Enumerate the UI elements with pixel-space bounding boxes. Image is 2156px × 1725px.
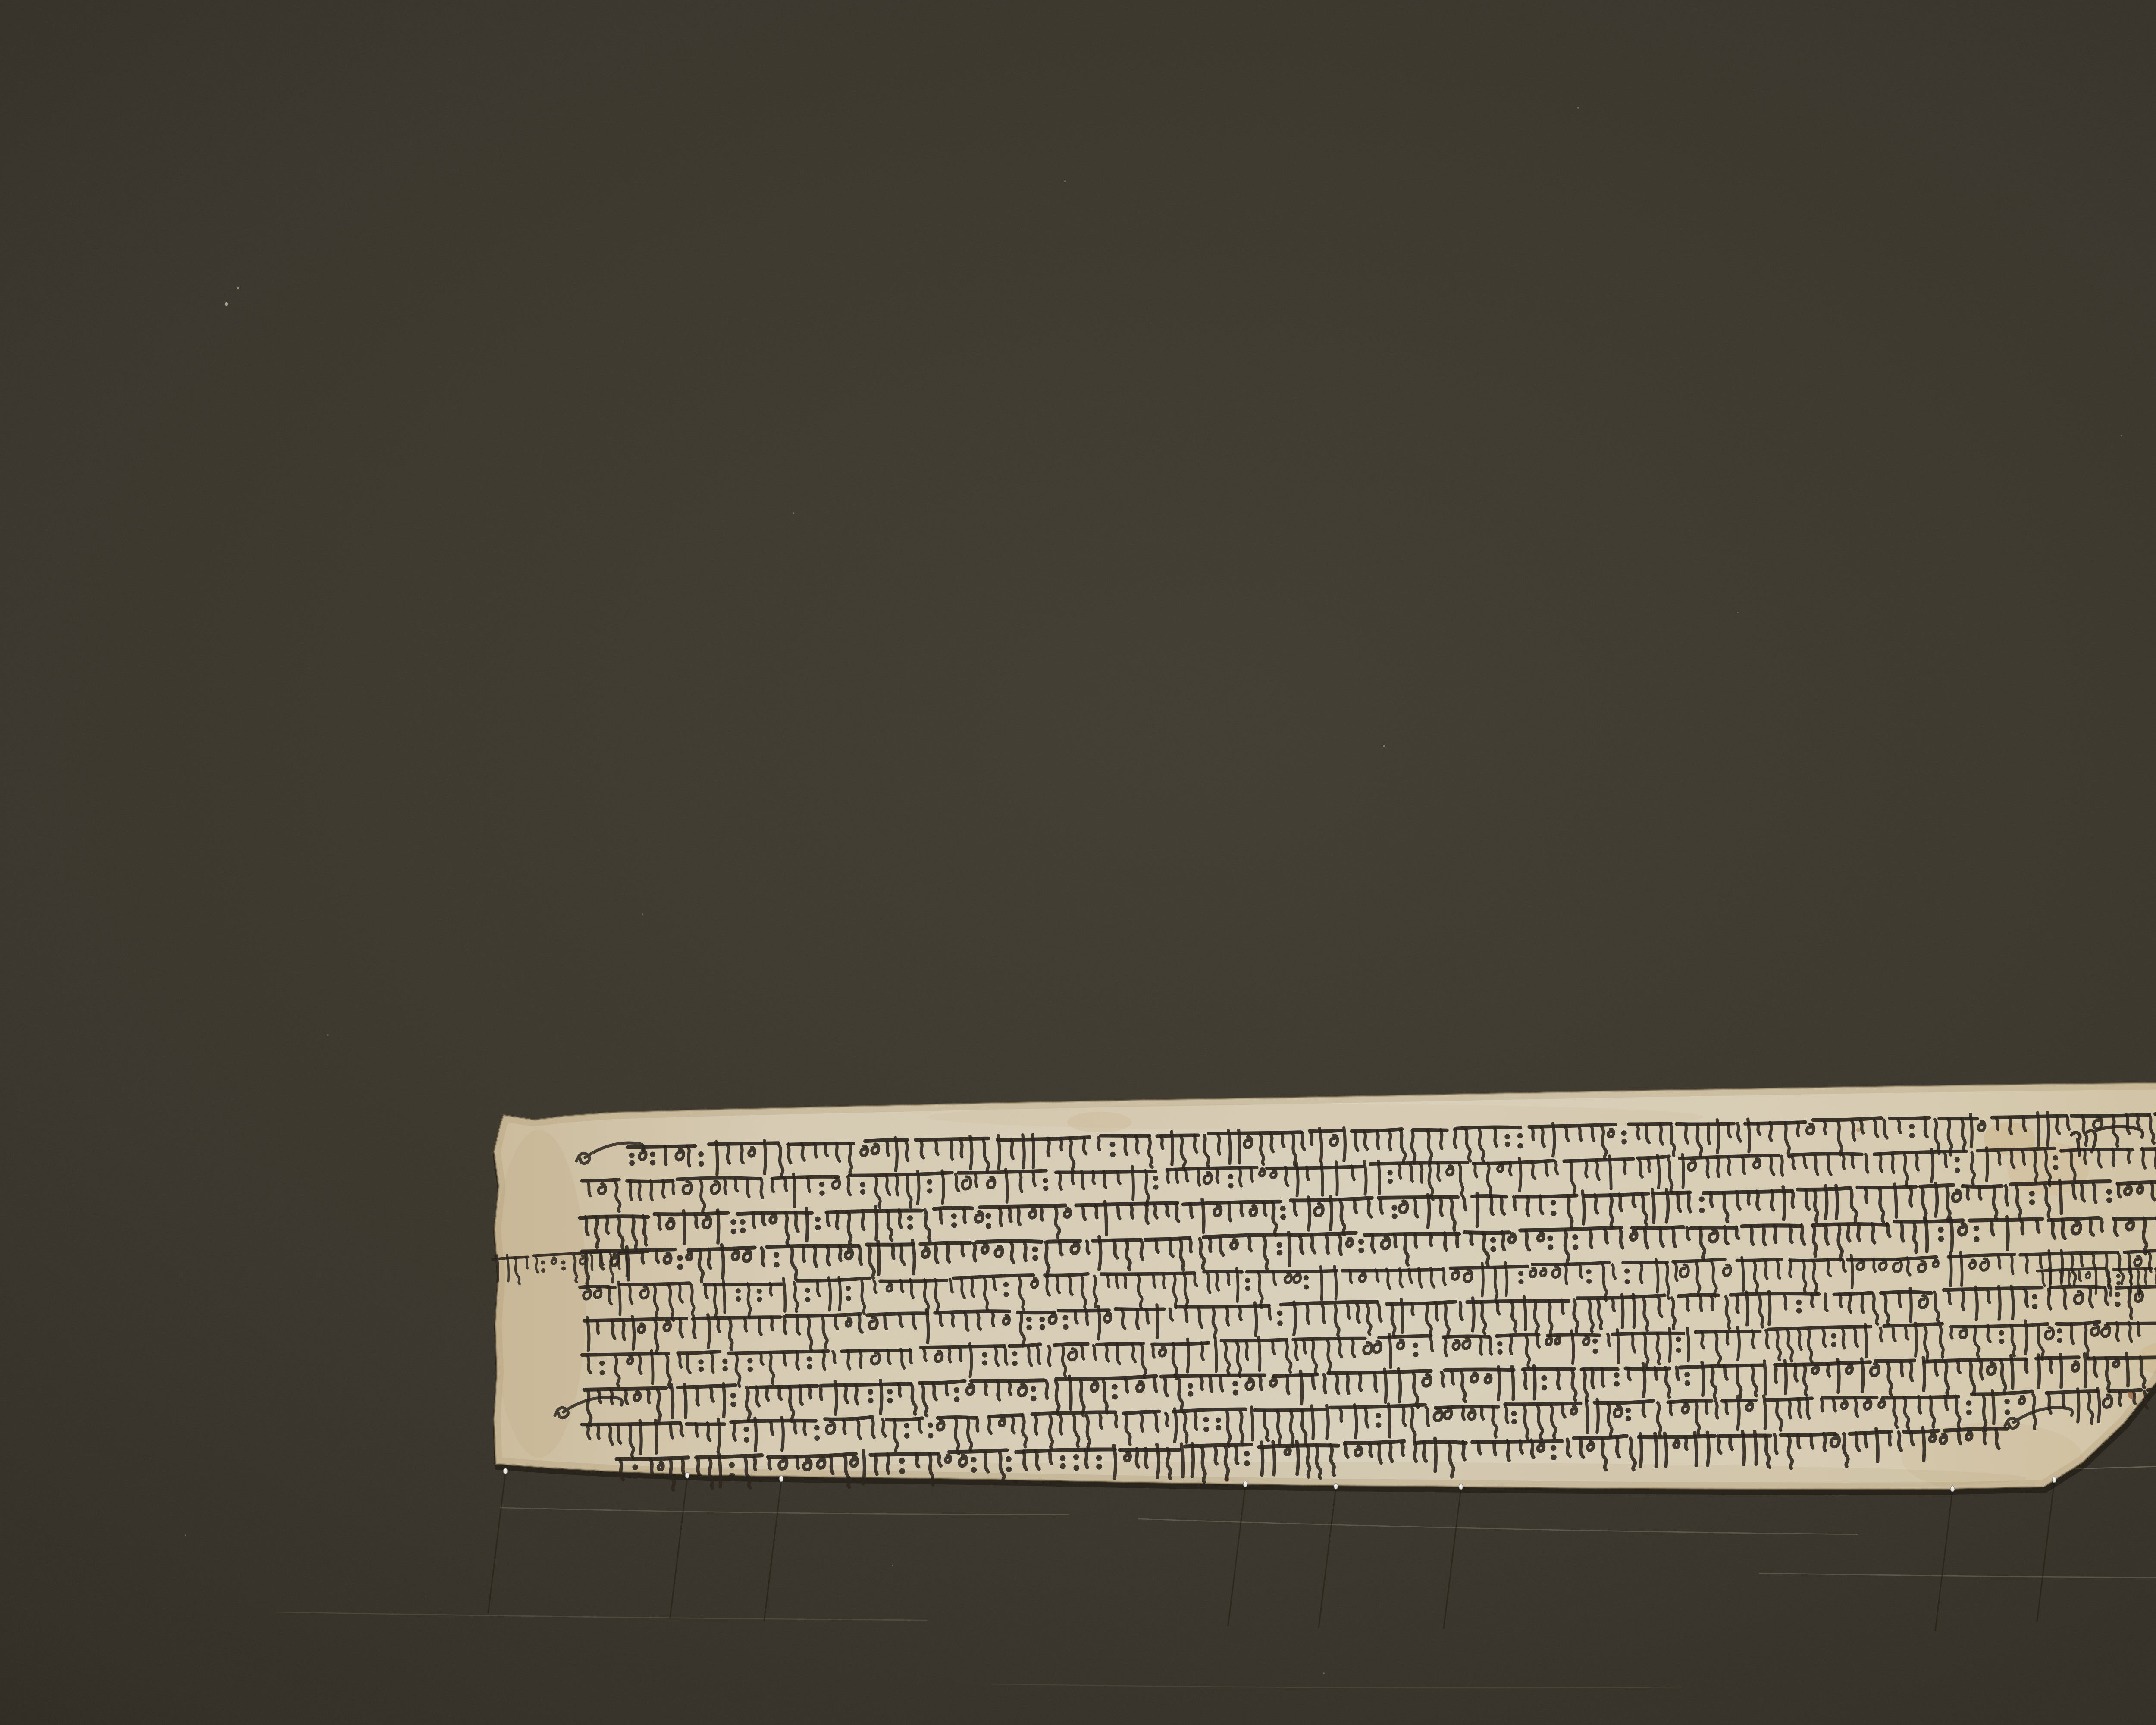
pin-highlight <box>1335 1484 1336 1487</box>
pin-highlight <box>1460 1485 1461 1487</box>
paper-texture <box>474 1069 2156 1522</box>
pin-head <box>1334 1483 1338 1489</box>
pin-highlight <box>504 1469 505 1471</box>
dust-speck <box>1577 107 1579 109</box>
dust-speck <box>327 1034 329 1036</box>
dust-speck <box>1064 180 1066 182</box>
dust-speck <box>793 512 794 514</box>
pin-head <box>2052 1477 2056 1483</box>
manuscript-photo <box>0 0 2156 1725</box>
dust-speck <box>892 1565 893 1566</box>
pin-highlight <box>1951 1487 1952 1489</box>
dust-speck <box>185 1534 186 1536</box>
dust-speck <box>1323 1672 1325 1674</box>
pin-head <box>1243 1481 1247 1487</box>
pin-highlight <box>780 1477 781 1479</box>
pin-head <box>1459 1483 1463 1490</box>
pin-highlight <box>1244 1482 1245 1484</box>
dust-speck <box>1383 745 1385 747</box>
dust-speck <box>642 913 643 915</box>
manuscript-leaf <box>474 1069 2156 1522</box>
pin-highlight <box>2053 1478 2054 1480</box>
pin-head <box>779 1476 783 1482</box>
dust-speck <box>237 287 239 289</box>
dust-speck <box>1737 612 1739 613</box>
pin-head <box>1950 1486 1954 1492</box>
dust-speck <box>225 302 228 306</box>
pin-head <box>503 1468 507 1474</box>
dust-speck <box>2121 435 2122 436</box>
pin-head <box>685 1472 689 1478</box>
pin-highlight <box>686 1474 687 1476</box>
